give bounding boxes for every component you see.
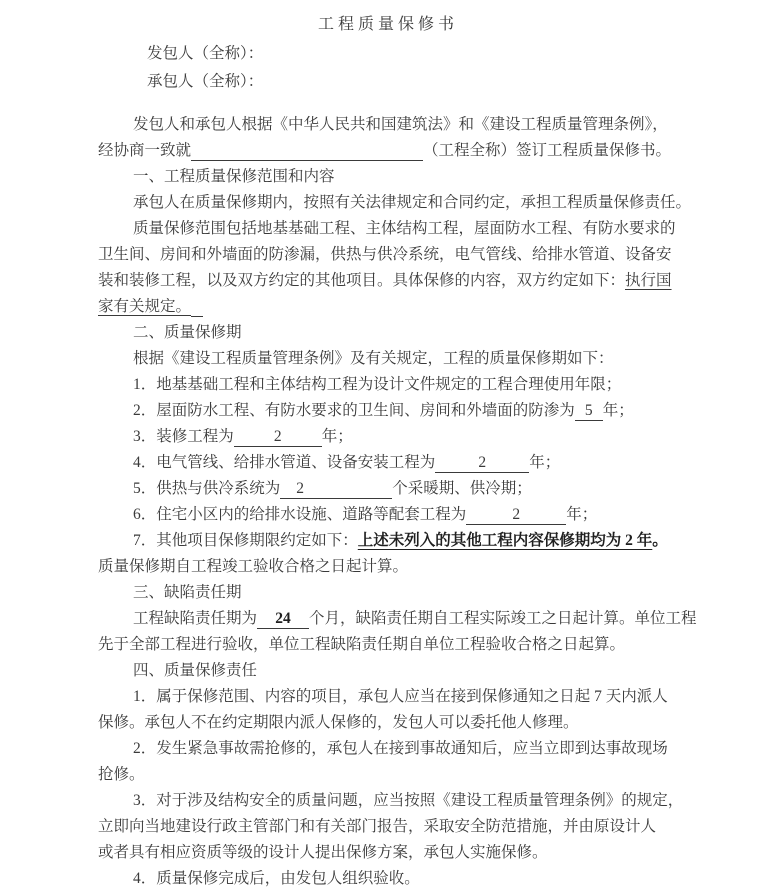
fill-in-blank: 5: [575, 402, 603, 421]
document-line: 3．装修工程为2年；: [98, 424, 720, 450]
fill-in-blank: 24: [257, 610, 309, 629]
text-segment: 4．质量保修完成后，由发包人组织验收。: [133, 870, 420, 887]
text-segment: 年；: [603, 402, 634, 419]
text-segment: 质量保修期自工程竣工验收合格之日起计算。: [98, 558, 408, 575]
document-line: 发包人和承包人根据《中华人民共和国建筑法》和《建设工程质量管理条例》，: [98, 112, 720, 138]
text-segment: 四、质量保修责任: [133, 662, 257, 679]
document-line: 装和装修工程，以及双方约定的其他项目。具体保修的内容，双方约定如下：执行国: [98, 268, 720, 294]
document-line: 承包人在质量保修期内，按照有关法律规定和合同约定，承担工程质量保修责任。: [98, 190, 720, 216]
blank-value: 5: [585, 402, 593, 419]
text-segment: 三、缺陷责任期: [133, 584, 242, 601]
document-line: 2．屋面防水工程、有防水要求的卫生间、房间和外墙面的防渗为5年；: [98, 398, 720, 424]
document-line: 3．对于涉及结构安全的质量问题，应当按照《建设工程质量管理条例》的规定，: [98, 788, 720, 814]
fill-in-blank: [191, 142, 423, 161]
document-line: 4．电气管线、给排水管道、设备安装工程为2年；: [98, 450, 720, 476]
text-segment: 发包人和承包人根据《中华人民共和国建筑法》和《建设工程质量管理条例》，: [133, 116, 668, 133]
text-segment: 承包人在质量保修期内，按照有关法律规定和合同约定，承担工程质量保修责任。: [133, 194, 691, 211]
document-line: 三、缺陷责任期: [98, 580, 720, 606]
text-segment: 个月，缺陷责任期自工程实际竣工之日起计算。单位工程: [309, 610, 697, 627]
party-label: 承包人（全称）：: [147, 68, 720, 96]
text-segment: 执行国: [625, 272, 672, 289]
document-line: 5．供热与供冷系统为2个采暖期、供冷期；: [98, 476, 720, 502]
document-line: 4．质量保修完成后，由发包人组织验收。: [98, 866, 720, 888]
text-segment: （工程全称）签订工程质量保修书。: [423, 142, 671, 159]
document-page: 工程质量保修书 发包人（全称）：承包人（全称）： 发包人和承包人根据《中华人民共…: [0, 0, 760, 888]
text-segment: 2．屋面防水工程、有防水要求的卫生间、房间和外墙面的防渗为: [133, 402, 575, 419]
document-line: 经协商一致就 （工程全称）签订工程质量保修书。: [98, 138, 720, 164]
blank-value: 2: [478, 454, 486, 471]
document-line: 先于全部工程进行验收，单位工程缺陷责任期自单位工程验收合格之日起算。: [98, 632, 720, 658]
text-segment: 个采暖期、供冷期；: [392, 480, 532, 497]
fill-in-blank: 2: [234, 428, 322, 447]
document-line: 1．地基基础工程和主体结构工程为设计文件规定的工程合理使用年限；: [98, 372, 720, 398]
text-segment: 卫生间、房间和外墙面的防渗漏，供热与供冷系统，电气管线、给排水管道、设备安: [98, 246, 672, 263]
text-segment: 一、工程质量保修范围和内容: [133, 168, 335, 185]
text-segment: 工程缺陷责任期为: [133, 610, 257, 627]
text-segment: 1．属于保修范围、内容的项目，承包人应当在接到保修通知之日起 7 天内派人: [133, 688, 668, 705]
document-line: 或者具有相应资质等级的设计人提出保修方案，承包人实施保修。: [98, 840, 720, 866]
blank-value: [195, 298, 199, 315]
text-segment: 上述未列入的其他工程内容保修期均为 2 年: [358, 532, 653, 549]
document-line: 质量保修范围包括地基基础工程、主体结构工程，屋面防水工程、有防水要求的: [98, 216, 720, 242]
document-line: 一、工程质量保修范围和内容: [98, 164, 720, 190]
text-segment: 7．其他项目保修期限约定如下：: [133, 532, 358, 549]
text-segment: 6．住宅小区内的给排水设施、道路等配套工程为: [133, 506, 466, 523]
document-line: 1．属于保修范围、内容的项目，承包人应当在接到保修通知之日起 7 天内派人: [98, 684, 720, 710]
blank-value: 2: [512, 506, 520, 523]
text-segment: 家有关规定。: [98, 298, 191, 315]
document-line: 卫生间、房间和外墙面的防渗漏，供热与供冷系统，电气管线、给排水管道、设备安: [98, 242, 720, 268]
blank-value: 2: [296, 480, 304, 497]
text-segment: 或者具有相应资质等级的设计人提出保修方案，承包人实施保修。: [98, 844, 548, 861]
text-segment: 抢修。: [98, 766, 145, 783]
text-segment: 先于全部工程进行验收，单位工程缺陷责任期自单位工程验收合格之日起算。: [98, 636, 625, 653]
document-line: 根据《建设工程质量管理条例》及有关规定，工程的质量保修期如下：: [98, 346, 720, 372]
document-line: 2．发生紧急事故需抢修的，承包人在接到事故通知后，应当立即到达事故现场: [98, 736, 720, 762]
document-line: 保修。承包人不在约定期限内派人保修的，发包人可以委托他人修理。: [98, 710, 720, 736]
text-segment: 根据《建设工程质量管理条例》及有关规定，工程的质量保修期如下：: [133, 350, 614, 367]
document-title: 工程质量保修书: [56, 10, 720, 40]
body-spacer: [98, 96, 720, 112]
document-line: 工程缺陷责任期为24个月，缺陷责任期自工程实际竣工之日起计算。单位工程: [98, 606, 720, 632]
text-segment: 3．对于涉及结构安全的质量问题，应当按照《建设工程质量管理条例》的规定，: [133, 792, 683, 809]
fill-in-blank: [191, 298, 203, 317]
document-line: 6．住宅小区内的给排水设施、道路等配套工程为2年；: [98, 502, 720, 528]
document-line: 家有关规定。: [98, 294, 720, 320]
text-segment: 年；: [529, 454, 560, 471]
text-segment: 4．电气管线、给排水管道、设备安装工程为: [133, 454, 435, 471]
text-segment: 1．地基基础工程和主体结构工程为设计文件规定的工程合理使用年限；: [133, 376, 621, 393]
text-segment: 3．装修工程为: [133, 428, 234, 445]
fill-in-blank: 2: [435, 454, 529, 473]
fill-in-blank: 2: [466, 506, 566, 525]
document-body: 发包人和承包人根据《中华人民共和国建筑法》和《建设工程质量管理条例》，经协商一致…: [98, 112, 720, 888]
text-segment: 。: [652, 532, 668, 549]
document-line: 二、质量保修期: [98, 320, 720, 346]
text-segment: 质量保修范围包括地基基础工程、主体结构工程，屋面防水工程、有防水要求的: [133, 220, 676, 237]
text-segment: 装和装修工程，以及双方约定的其他项目。具体保修的内容，双方约定如下：: [98, 272, 625, 289]
document-line: 立即向当地建设行政主管部门和有关部门报告，采取安全防范措施，并由原设计人: [98, 814, 720, 840]
party-labels: 发包人（全称）：承包人（全称）：: [98, 40, 720, 96]
text-segment: 立即向当地建设行政主管部门和有关部门报告，采取安全防范措施，并由原设计人: [98, 818, 656, 835]
party-label: 发包人（全称）：: [147, 40, 720, 68]
document-line: 质量保修期自工程竣工验收合格之日起计算。: [98, 554, 720, 580]
text-segment: 年；: [566, 506, 597, 523]
text-segment: 经协商一致就: [98, 142, 191, 159]
document-line: 7．其他项目保修期限约定如下：上述未列入的其他工程内容保修期均为 2 年。: [98, 528, 720, 554]
blank-value: 24: [275, 610, 291, 627]
text-segment: 保修。承包人不在约定期限内派人保修的，发包人可以委托他人修理。: [98, 714, 579, 731]
text-segment: 5．供热与供冷系统为: [133, 480, 280, 497]
text-segment: 二、质量保修期: [133, 324, 242, 341]
blank-value: [305, 142, 309, 159]
text-segment: 2．发生紧急事故需抢修的，承包人在接到事故通知后，应当立即到达事故现场: [133, 740, 668, 757]
document-line: 抢修。: [98, 762, 720, 788]
fill-in-blank: 2: [280, 480, 392, 499]
text-segment: 年；: [322, 428, 353, 445]
blank-value: 2: [274, 428, 282, 445]
document-line: 四、质量保修责任: [98, 658, 720, 684]
